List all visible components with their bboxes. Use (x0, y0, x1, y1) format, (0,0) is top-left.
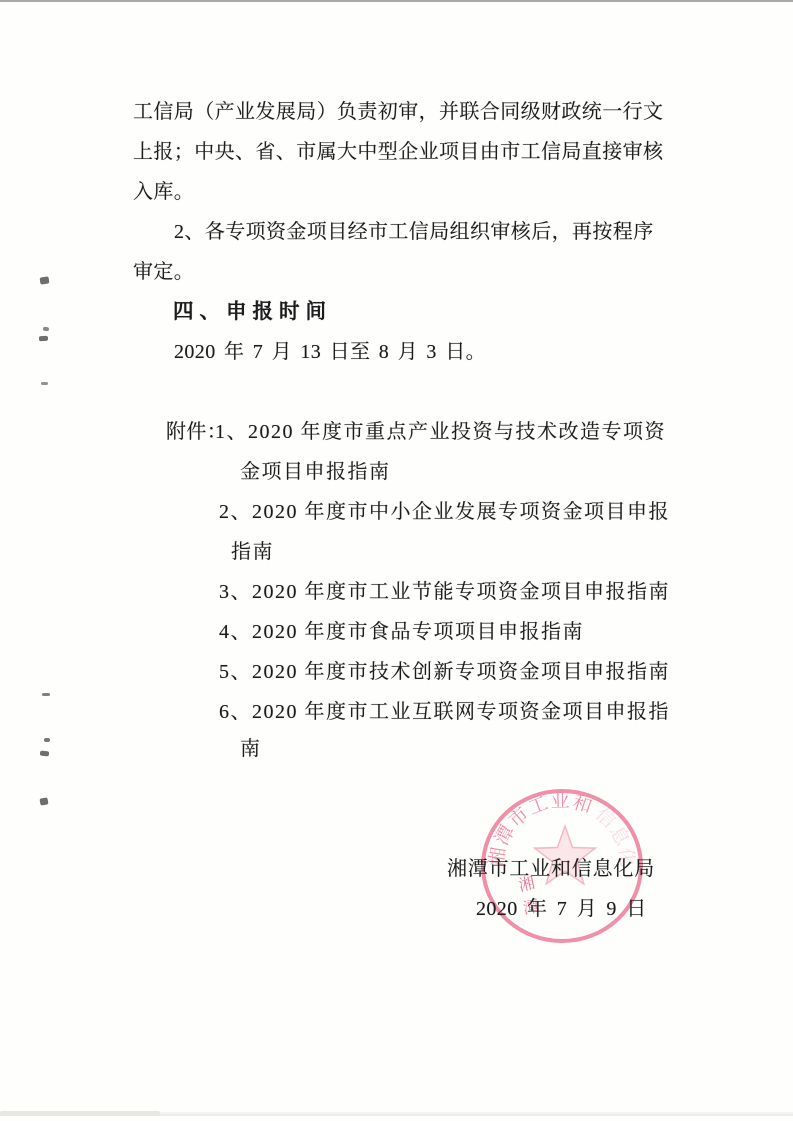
attachment-item-line: 2、2020 年度市中小企业发展专项资金项目申报 (219, 499, 670, 525)
signature-organization: 湘潭市工业和信息化局 (447, 856, 655, 882)
signature-date: 2020 年 7 月 9 日 (476, 896, 647, 922)
attachment-item-line: 南 (240, 736, 262, 762)
scan-top-edge-line (0, 0, 793, 2)
scan-smudge-mark (42, 693, 50, 696)
attachment-item-line: 4、2020 年度市食品专项项目申报指南 (219, 619, 584, 645)
attachment-item-line: 6、2020 年度市工业互联网专项资金项目申报指 (219, 699, 670, 725)
scan-smudge-mark (40, 276, 50, 284)
attachment-item-line: 指南 (231, 539, 274, 565)
application-date-range: 2020 年 7 月 13 日至 8 月 3 日。 (174, 339, 486, 365)
attachment-item-line: 5、2020 年度市技术创新专项资金项目申报指南 (219, 659, 670, 685)
scan-smudge-mark (41, 382, 48, 385)
body-text-line: 入库。 (133, 179, 194, 205)
body-text-line: 上报；中央、省、市属大中型企业项目由市工信局直接审核 (133, 139, 663, 165)
attachment-item-line: 金项目申报指南 (240, 459, 391, 485)
scan-smudge-mark (39, 336, 48, 342)
body-text-line: 2、各专项资金项目经市工信局组织审核后，再按程序 (174, 219, 654, 245)
attachment-item-line: 1、2020 年度市重点产业投资与技术改造专项资 (215, 419, 666, 445)
body-text-line: 工信局（产业发展局）负责初审，并联合同级财政统一行文 (133, 99, 663, 125)
scan-bottom-edge-shadow-dark (0, 1111, 160, 1116)
body-text-line: 审定。 (133, 259, 194, 285)
scan-smudge-mark (39, 797, 48, 805)
scan-smudge-mark (44, 738, 50, 742)
section-heading-application-time: 四、申报时间 (173, 299, 332, 325)
scan-smudge-mark (43, 327, 49, 332)
scan-smudge-mark (40, 751, 49, 757)
attachment-item-line: 3、2020 年度市工业节能专项资金项目申报指南 (219, 579, 670, 605)
scanned-document-page: 工信局（产业发展局）负责初审，并联合同级财政统一行文 上报；中央、省、市属大中型… (0, 0, 793, 1121)
